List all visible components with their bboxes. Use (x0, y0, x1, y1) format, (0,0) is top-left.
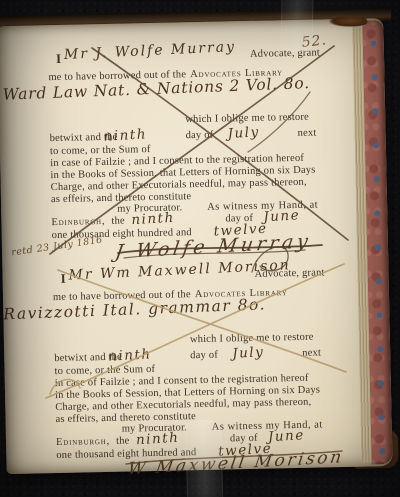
printed-next: next (297, 128, 316, 139)
printed-next: next (302, 347, 321, 358)
printed-edinburgh: Edinburgh, (56, 436, 110, 448)
witness-month: June (263, 207, 301, 225)
printed-i: I (60, 271, 66, 287)
witness-day: ninth (131, 210, 175, 228)
printed-the: the (111, 216, 125, 227)
printed-edinburgh: Edinburgh, (51, 216, 105, 228)
printed-i: I (56, 51, 62, 67)
printed-to-come: to come, or the Sum of (50, 144, 151, 157)
borrower-name: Mr J. Wolfe Murray (64, 39, 237, 63)
restore-day: ninth (108, 346, 152, 364)
book-title: Ravizzotti Ital. grammar 8o. (3, 295, 266, 323)
printed-to-come: to come, or the Sum of (54, 364, 155, 377)
restore-day: ninth (103, 126, 147, 144)
borrow-entry-1: I Mr J. Wolfe Murray Advocate, grant me … (0, 42, 388, 270)
witness-month: June (268, 427, 306, 445)
corner-damage-stain (329, 16, 367, 27)
transparent-strap-bottom (185, 419, 224, 497)
restore-month: July (232, 344, 265, 362)
printed-the: the (116, 436, 130, 447)
transparent-strap-top (281, 0, 314, 52)
printed-day-of: day of (190, 350, 218, 362)
register-page: 52. I Mr J. Wolfe Murray Advocate, grant… (0, 18, 393, 474)
restore-month: July (227, 124, 260, 142)
printed-oblige-line: which I oblige me to restore (190, 332, 314, 346)
witness-day: ninth (136, 430, 180, 448)
printed-oblige-line: which I oblige me to restore (185, 112, 309, 126)
photo-of-register-page: 52. I Mr J. Wolfe Murray Advocate, grant… (0, 0, 400, 497)
printed-day-of: day of (186, 130, 214, 142)
printed-advocate-grant: Advocate, grant (254, 267, 324, 279)
